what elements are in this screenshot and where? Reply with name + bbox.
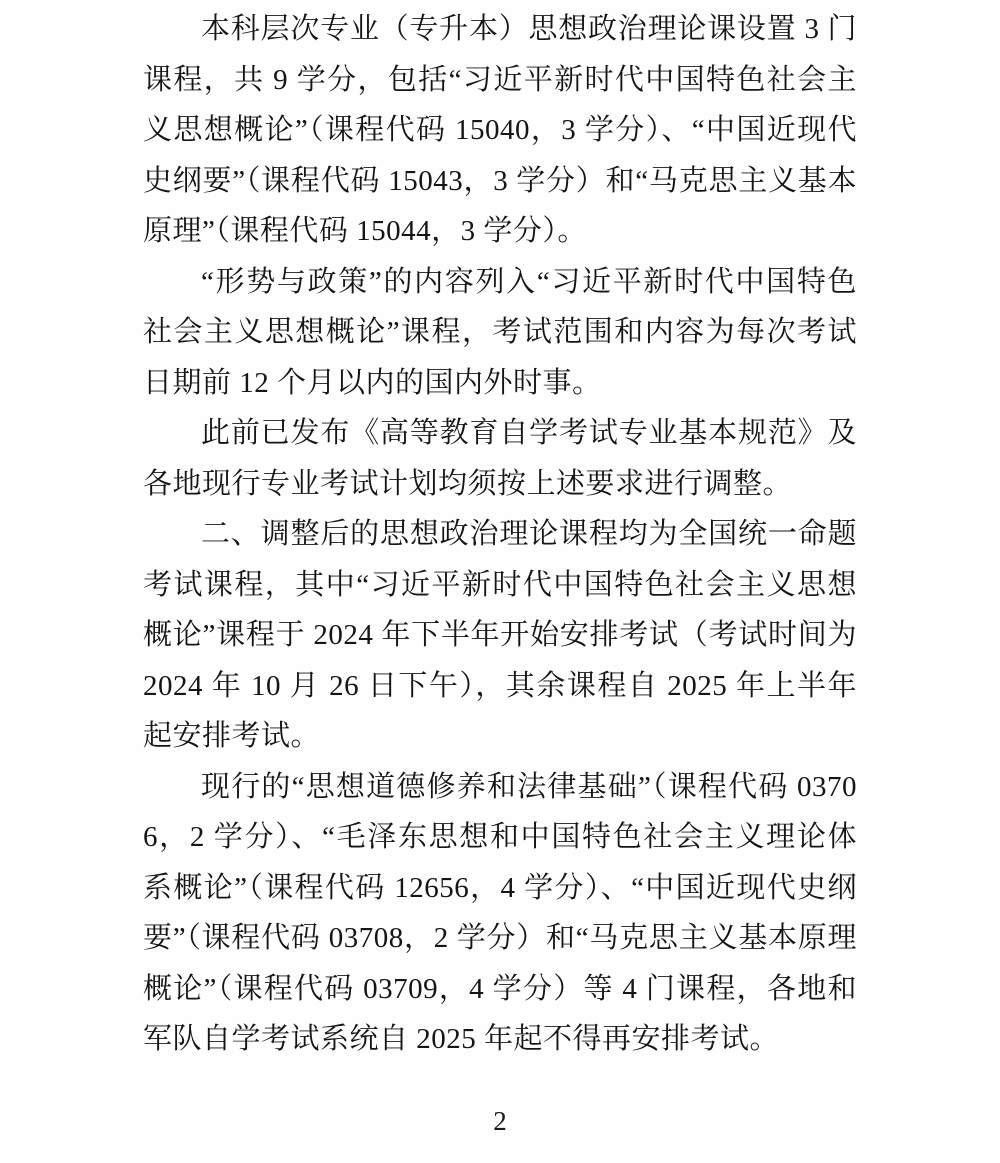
document-page: 本科层次专业（专升本）思想政治理论课设置 3 门课程，共 9 学分，包括“习近平… xyxy=(0,0,1000,1163)
paragraph-prior-specs: 此前已发布《高等教育自学考试专业基本规范》及各地现行专业考试计划均须按上述要求进… xyxy=(143,408,857,509)
paragraph-situation-policy: “形势与政策”的内容列入“习近平新时代中国特色社会主义思想概论”课程，考试范围和… xyxy=(143,257,857,409)
document-body: 本科层次专业（专升本）思想政治理论课设置 3 门课程，共 9 学分，包括“习近平… xyxy=(143,4,857,1065)
page-number: 2 xyxy=(0,1106,1000,1137)
paragraph-current-courses-discontinued: 现行的“思想道德修养和法律基础”（课程代码 03706，2 学分）、“毛泽东思想… xyxy=(143,762,857,1065)
paragraph-course-setup: 本科层次专业（专升本）思想政治理论课设置 3 门课程，共 9 学分，包括“习近平… xyxy=(143,4,857,257)
paragraph-item-two-exam-schedule: 二、调整后的思想政治理论课程均为全国统一命题考试课程，其中“习近平新时代中国特色… xyxy=(143,509,857,762)
